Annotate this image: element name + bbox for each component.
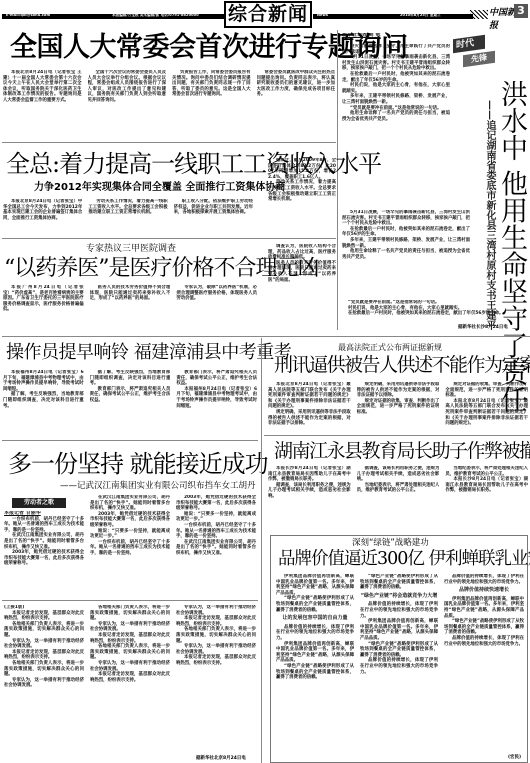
badge-top: 时代 [453, 35, 485, 53]
feature-subhead-vertical: ——追记湖南省娄底市新化县三湾村原村支书王建平 [484, 100, 494, 310]
divider [2, 336, 530, 337]
masthead: E-mail:qdl@sohu.com 本版编辑/万宝根 美术编辑/郭 电话:0… [0, 0, 530, 30]
subheadline-wages: 力争2012年实现集体合同全覆盖 全面推行工资集体协商 [34, 183, 285, 193]
article-education-body: 本报长沙8月24日电（记者张宝）湖南江永县教育局局长因帮助儿子在高考中作弊，被撤… [268, 466, 528, 518]
article-column: 规定对证据的收集、审查、判断作出了全面规范，进一步严格了死刑案件的证明标准。本报… [445, 382, 528, 432]
article-exam-body: 本报福州8月24日电（记者张宝）6月下旬，福建漳浦县中考物理考试中，由于考场铃声… [3, 370, 257, 434]
article-column: 职工收入分配，依法维护职工劳动经济权益，促进企业与职工共同发展。近年来，各地积极… [174, 199, 253, 235]
article-column: 当地纪委表示，将严肃处理相关违纪人员，维护教育考试的公平公正。本报长沙8月24日… [445, 466, 528, 518]
kicker-hospital: 专家热议三甲医院调查 [86, 245, 176, 254]
article-column: 劳动关系工作情况，着力提高一线职工工资收入水平。全总要求各级工会积极推动建立职工… [88, 199, 167, 235]
kicker-yili: 深刻“绿链”战略建功 [352, 539, 429, 548]
yili-col1: 伊利集团品牌价值再创新高，蝉联中国乳业品牌价值第一名。多年来，伊利坚持“绿色产业… [276, 574, 354, 760]
article-column: 常委会委员就医改中群众关注的热点问题提出询问。负责同志表示，将认真研究吸收委员们… [257, 70, 336, 140]
headline-worker: 多一份坚持 就能接近成功 [8, 452, 268, 476]
feature-body-upper: 洪灾面前他选择了坚守，用生命践行了共产党员的庄严承诺。 5月31日凌晨，一场罕见… [342, 44, 450, 209]
subheadline-worker: ——记武汉江南集团实业有限公司织布挡车女工胡丹 [60, 482, 256, 491]
yili-source: (宏民) [508, 754, 521, 760]
article-npc-body: 本报北京8月24日电（记者张宝 王建）十一届全国人大常委会第十六次会议今天上午在… [3, 70, 335, 140]
continuation-col2: 各地相关部门负责人表示，将进一步落实政策措施，切实解决群众关心的问题。 专家认为… [90, 605, 170, 763]
continuation-source: 据新华社北京8月24日电 [196, 755, 246, 761]
article-column: 全国十六次会议的常委会委员人员及人员大会议举行分组会议。根据会议议程，常委会组成… [88, 70, 167, 140]
divider [2, 238, 336, 239]
article-column: 本报北京8月24日电（记者张宝）最高人民法院等五部门联合发布《关于办理死刑案件审… [268, 382, 351, 432]
column-divider [337, 30, 338, 330]
yili-subsection-2: “绿色产业链”将会造就竞争力大增 [360, 594, 438, 600]
feature-headline-vertical: 洪水中 他用生命坚守了责任 [498, 80, 525, 320]
news-label: News [317, 13, 328, 17]
yili-subsection-3: 品牌价值持续快速增长 [444, 588, 524, 594]
article-wages-body: 本报北京8月24日电（记者张宝）中华全国总工会今天发布，力争到2012年基本实现… [3, 199, 253, 235]
article-hospital-sidecol: 调查认为，医院收入结构不合理，药品收入占比过高，医疗服务收费标准长期偏低。 医务… [268, 244, 336, 322]
continuation-col3: 专家认为，这一举措有利于推动经济社会协调发展。 本报记者走访发现，基层群众对此反… [176, 605, 256, 755]
article-column: 本报广州8月24日电（记者张宝）“药价虚高”，是老百姓看病贵的主要原因。广东省卫… [3, 285, 84, 321]
feature-body-lower: 5月31日凌晨，一场罕见的暴雨袭击新化县，三湾村发生山洪泥石流灾害。村支书王建平… [342, 210, 470, 310]
masthead-bar-right [313, 14, 473, 19]
article-column: 医务人员的技术劳务价值得不到合理体现，医院只能通过卖药来弥补收入不足，形成了“以… [90, 285, 171, 321]
page-number: 3 [514, 4, 528, 18]
feature-badge: 时代 先锋 [453, 35, 495, 71]
feature-byline: 新华社记者 周 勉 [342, 33, 380, 38]
article-worker-col2: 在武汉江南集团实业有限公司，胡丹是出了名的“快手”。她能同时看管多台织布机，操作… [90, 495, 170, 595]
yili-col2: “绿色产业链”战略使伊利形成了从牧场到餐桌的全产业链质量管控体系，赢得了消费者的… [360, 574, 438, 760]
article-hospital-body: 本报广州8月24日电（记者张宝）“药价虚高”，是老百姓看病贵的主要原因。广东省卫… [3, 285, 257, 321]
headline-yili: 品牌价值逼近300亿 伊利蝉联乳业冠军 [278, 551, 530, 569]
article-column: 教育部门表示，将严肃追究相关人员责任，确保考试公平公正，维护考生合法权益。本报福… [176, 370, 257, 434]
kicker-evidence: 最高法院正式公布两证据新规 [338, 344, 442, 352]
headline-education: 湖南江永县教育局长助子作弊被撤职 [274, 442, 530, 461]
article-worker-col3: 2003年，她凭借过硬的技术获得全市织布技能大赛第一名，此后多次获得各级荣誉称号… [176, 495, 256, 595]
column-divider [261, 338, 262, 763]
article-wages-sidecol: 据统计，截至2009年8月，全国签订集体合同83.2万份，比2007年同期增加1… [268, 158, 336, 236]
issue-date: 2010年8月25日 星期三 [400, 13, 441, 18]
article-column: 负责报告工作，向常委会委员报告有关情况。询问中委员们结合调研情况提出问题，有关部… [172, 70, 251, 140]
headline-evidence: 刑讯逼供被告人供述不能作为定案根据 [274, 356, 530, 375]
worker-byline: 本报记者 甘丽华 [4, 511, 41, 516]
article-column: 本报北京8月24日电（记者张宝 王建）十一届全国人大常委会第十六次会议今天上午在… [3, 70, 82, 140]
divider [2, 600, 258, 601]
column-label: 劳动者之歌 [12, 498, 66, 508]
continuation-col1: (上接1版) 本报记者走访发现，基层群众对此反响热烈，纷纷表示支持。 各地相关部… [4, 605, 84, 763]
article-column: 本报福州8月24日电（记者张宝）6月下旬，福建漳浦县中考物理考试中，由于考场铃声… [3, 370, 84, 434]
article-column: 据调查，该局长利用职务之便，违规为儿子办理考试相关手续，造成恶劣社会影响。当地纪… [357, 466, 440, 518]
article-worker-col1: 本报记者 甘丽华 一台织布机前，胡丹已经坚守了十多年。她从一名普通的挡车工成长为… [4, 511, 84, 595]
divider [2, 142, 336, 143]
article-column: 专家认为，破除“以药养医”机制，必须合理调整医疗服务价格，体现医务人员劳动价值。 [176, 285, 257, 321]
divider [264, 435, 530, 436]
headline-exam: 操作员提早响铃 福建漳浦县中考重考 [6, 344, 291, 362]
badge-bottom: 先锋 [463, 51, 495, 67]
article-column: 规定明确，采用刑讯逼供等非法手段取得的被告人供述不能作为定案的根据，对非法证据予… [357, 382, 440, 432]
yili-subsection-1: 让的发展包容中国的自由力量 [276, 616, 354, 622]
article-column: 本报北京8月24日电（记者张宝）中华全国总工会今天发布，力争到2012年基本实现… [3, 199, 82, 235]
section-title: 综合新闻 [224, 1, 312, 28]
divider [2, 440, 258, 441]
masthead-editor-info: 本版编辑/万宝根 美术编辑/郭 电话:0791-8620000 [112, 13, 199, 18]
article-column: 据了解，考生反映强烈，当地教育部门随即组织调查，决定对该科目进行重考。教育部门表… [90, 370, 171, 434]
yili-col3: 品牌价值的持续增长，体现了伊利在行业中的领先地位和强大的市场竞争力。 品牌价值持… [444, 574, 524, 752]
hatch-decoration [470, 10, 488, 19]
article-evidence-body: 本报北京8月24日电（记者张宝）最高人民法院等五部门联合发布《关于办理死刑案件审… [268, 382, 528, 432]
masthead-email: E-mail:qdl@sohu.com [6, 13, 50, 17]
article-column: 本报长沙8月24日电（记者张宝）湖南江永县教育局局长因帮助儿子在高考中作弊，被撤… [268, 466, 351, 518]
